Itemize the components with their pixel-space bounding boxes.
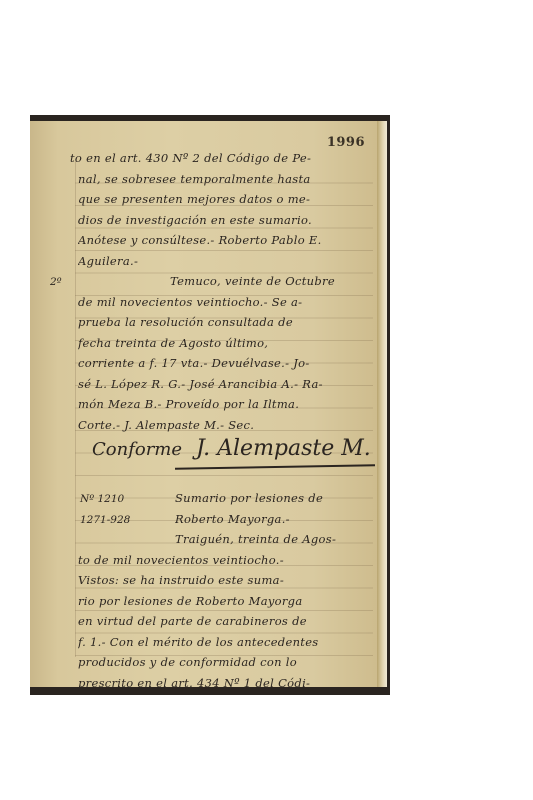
text-line: Vistos: se ha instruido este suma- xyxy=(78,573,369,587)
text-line: Anótese y consúltese.- Roberto Pablo E. xyxy=(78,233,369,247)
text-line: f. 1.- Con el mérito de los antecedentes xyxy=(78,635,369,649)
text-line: prescrito en el art. 434 Nº 1 del Códi- xyxy=(78,676,369,690)
text-line: fecha treinta de Agosto último, xyxy=(78,336,369,350)
text-line: corriente a f. 17 vta.- Devuélvase.- Jo- xyxy=(78,356,369,370)
ledger-page: 1996 to en el art. 430 Nº 2 del Código d… xyxy=(30,121,383,687)
text-line: Temuco, veinte de Octubre xyxy=(170,274,369,288)
scanned-ledger-photo: 1996 to en el art. 430 Nº 2 del Código d… xyxy=(30,115,390,695)
text-line: nal, se sobresee temporalmente hasta xyxy=(78,172,369,186)
entry-reference: 1271-928 xyxy=(80,514,130,526)
entry-heading: Sumario por lesiones de xyxy=(175,491,369,505)
entry-number: Nº 1210 xyxy=(80,493,124,505)
page-number: 1996 xyxy=(327,135,365,150)
text-line: prueba la resolución consultada de xyxy=(78,315,369,329)
text-line: to en el art. 430 Nº 2 del Código de Pe- xyxy=(70,151,369,165)
text-line: en virtud del parte de carabineros de xyxy=(78,614,369,628)
text-line: Corte.- J. Alempaste M.- Sec. xyxy=(78,418,369,432)
text-line: rio por lesiones de Roberto Mayorga xyxy=(78,594,369,608)
margin-label: 2º xyxy=(50,276,62,288)
signature-name: J. Alempaste M. xyxy=(196,436,371,461)
text-line: Traiguén, treinta de Agos- xyxy=(175,532,369,546)
text-line: món Meza B.- Proveído por la Iltma. xyxy=(78,397,369,411)
signature-block: ConformeJ. Alempaste M. xyxy=(92,436,371,461)
text-line: dios de investigación en este sumario. xyxy=(78,213,369,227)
signature-label: Conforme xyxy=(92,439,182,460)
entry-heading: Roberto Mayorga.- xyxy=(175,512,369,526)
text-line: que se presenten mejores datos o me- xyxy=(78,192,369,206)
text-line: de mil novecientos veintiocho.- Se a- xyxy=(78,295,369,309)
text-line: Aguilera.- xyxy=(78,254,369,268)
text-line: sé L. López R. G.- José Arancibia A.- Ra… xyxy=(78,377,369,391)
text-line: producidos y de conformidad con lo xyxy=(78,655,369,669)
text-line: to de mil novecientos veintiocho.- xyxy=(78,553,369,567)
